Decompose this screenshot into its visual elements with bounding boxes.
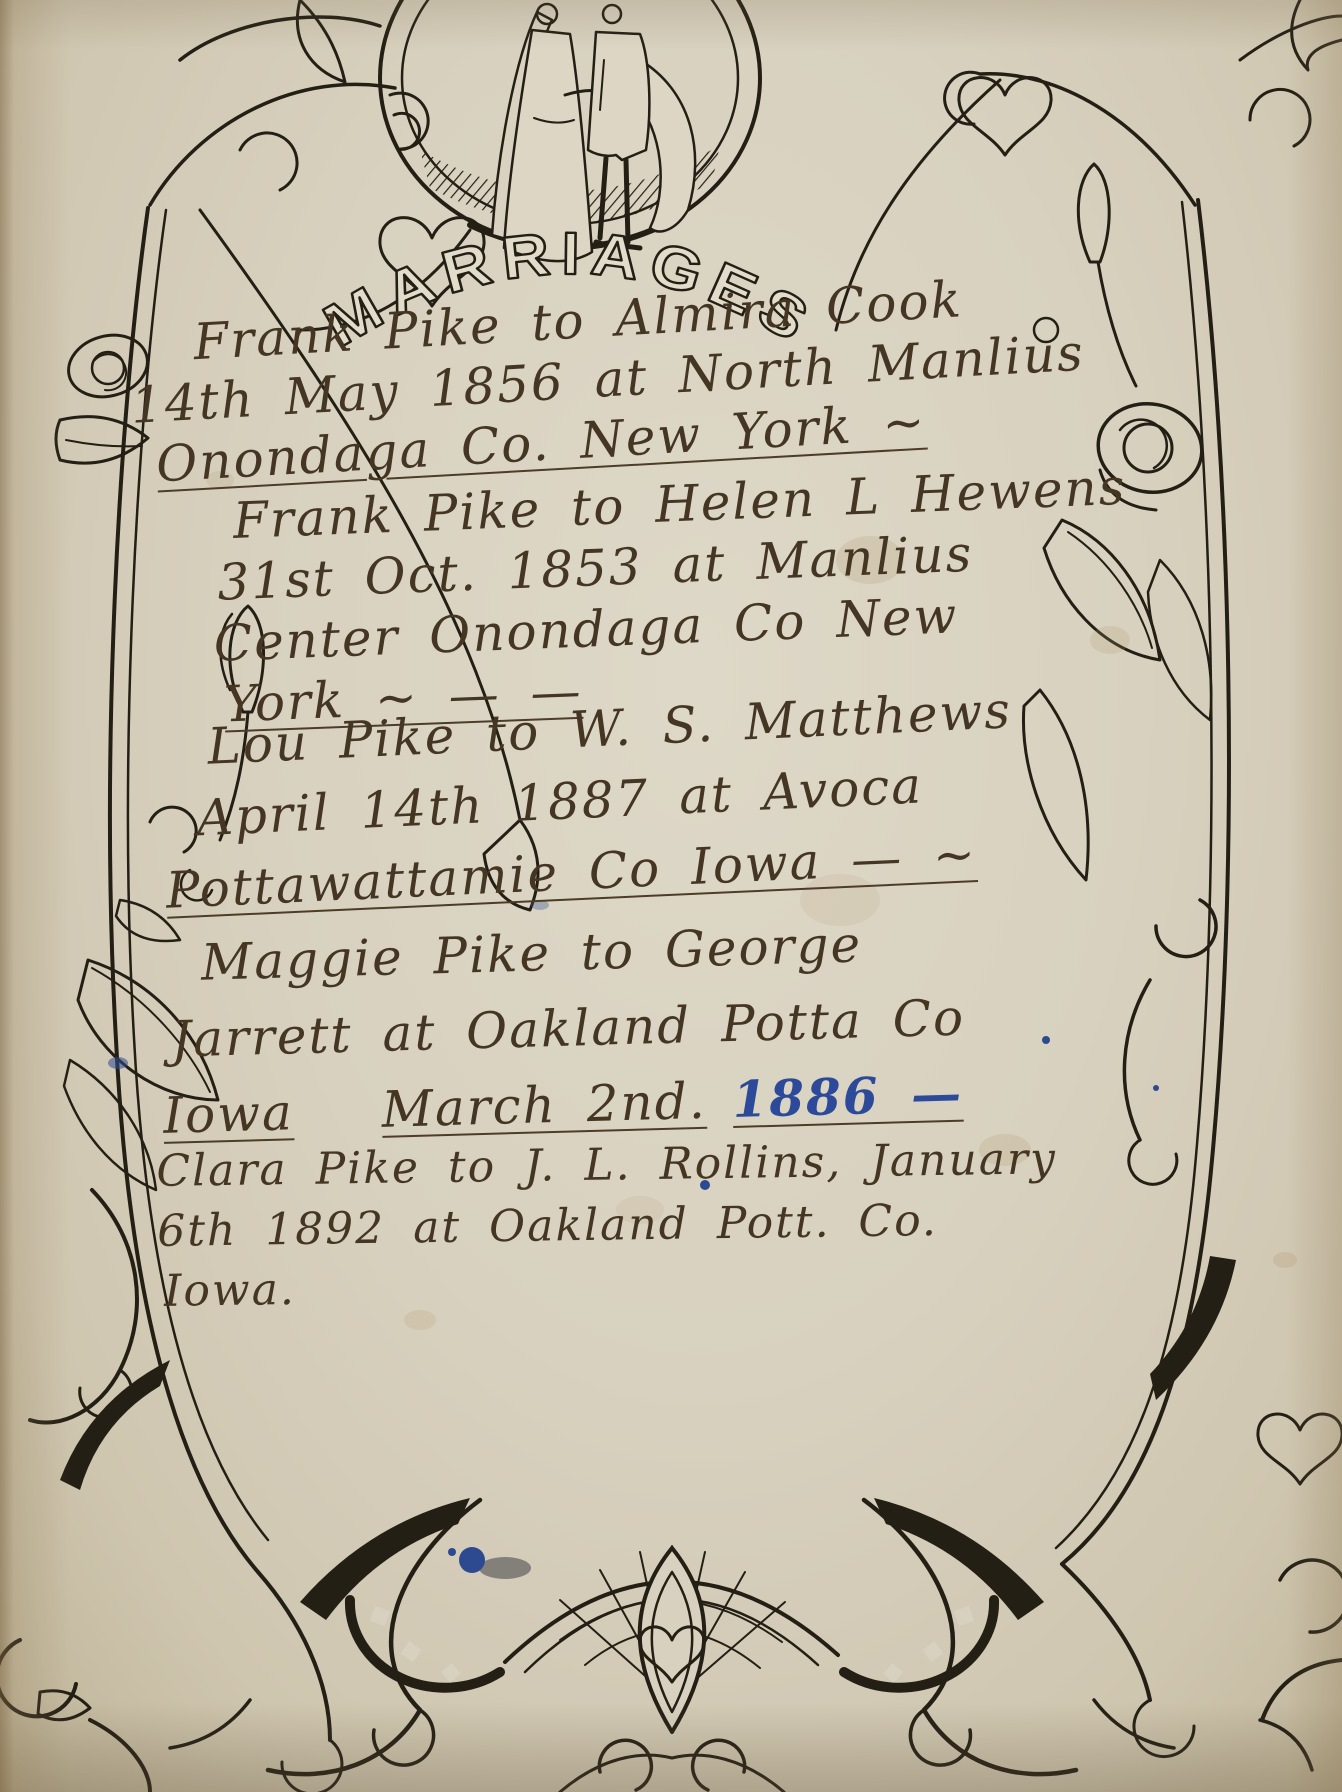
- marriage-entry-5: Clara Pike to J. L. Rollins, January 6th…: [150, 1129, 1059, 1322]
- marriage-date: March 2nd.: [381, 1072, 707, 1139]
- place-word: Iowa: [162, 1083, 294, 1145]
- marriage-entry-3: Lou Pike to W. S. Matthews April 14th 18…: [158, 675, 1020, 926]
- photographed-bible-page: { "page": { "title": "MARRIAGES", "kind"…: [0, 0, 1342, 1792]
- tulip-bud: [1078, 164, 1136, 386]
- marriage-entry-line: Iowa.: [164, 1249, 1059, 1321]
- blue-ink-blot: [459, 1547, 485, 1573]
- central-anthemion: [640, 1548, 705, 1732]
- marriage-year-blue-ink: 1886 —: [732, 1064, 964, 1129]
- bottom-cartouche: [170, 1498, 1174, 1792]
- marriage-entry-line: 6th 1892 at Oakland Pott. Co.: [157, 1189, 1058, 1262]
- marriage-entry-4: Maggie Pike to George Jarrett at Oakland…: [158, 904, 968, 1154]
